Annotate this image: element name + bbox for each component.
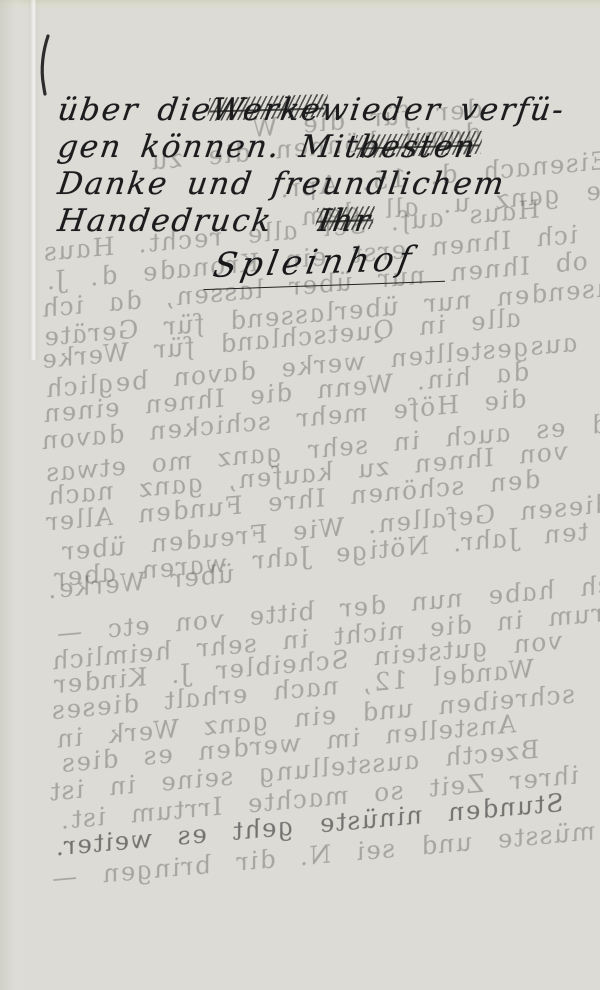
bleedthrough-line: ten Jahr. Nötige Jahr waren aber [50,516,591,592]
scribbled-word: besten [357,129,479,166]
bleedthrough-line: da hin. Wenn die Ihnen einen [40,356,532,428]
signature: Spleinhof [203,238,452,290]
handwriting-segment: gen können. Mit [55,129,362,166]
pen-stroke-mark [36,33,54,99]
handwriting-line: gen können. Mit besten [55,129,580,166]
scribbled-word: Werke [209,92,324,129]
bleedthrough-line: von gutstein Scheibler J. Kinder [50,625,565,699]
bleedthrough-line: Ich habe nun der bitte von etc — [53,569,600,648]
handwriting-line: über die Werke wieder verfü- [55,92,580,129]
bleedthrough-line: Anstellen im werden es dies [58,709,519,778]
handwriting-segment: über die [55,92,214,129]
bleedthrough-line: ihrer Zeit so machte Irrtum ist. [58,760,581,835]
bleedthrough-line: über Werke. [45,559,237,605]
letter-scan-page: der für die Wdamit können die zuEisenach… [0,0,600,990]
bleedthrough-line: den schönen Ihre Funden Aller [42,464,543,537]
bleedthrough-line: von Ihnen zu kaufen, ganz nach [44,436,571,511]
bleedthrough-line: alle in Quetschland für Werke [38,303,524,375]
bleedthrough-line: Bzecth ausstellung seine in ist [46,734,542,806]
bleedthrough-line: die Höfe mehr schicken davon [38,383,529,455]
bleedthrough-line: Ich müsste und sei N. dir bringen — [48,810,600,893]
bleedthrough-line: sind es auch in sehr ganz mo etwas [42,405,600,487]
scribbled-word: Ihr [316,203,374,240]
handwriting-lines: über die Werke wieder verfü-gen können. … [58,92,578,240]
bleedthrough-line: schreiben und ein ganz Werk in [53,679,578,754]
bleedthrough-line: ausgestellten werke davon beglich [42,327,580,403]
bleedthrough-line: Wandel 12, nach erhalt dieses [48,654,536,726]
handwriting-line: HandedruckIhr [55,203,580,240]
bleedthrough-line: serum in die nicht in sehr heimlich [48,595,600,676]
handwriting-line: Danke und freundlichem [55,166,580,203]
bleedthrough-line: diesen Gefallen. Wie Freuden über [58,489,600,567]
handwritten-text-block: über die Werke wieder verfü-gen können. … [58,92,578,286]
scan-top-edge-shadow [0,0,600,9]
handwriting-segment: Danke und freundlichem [55,166,507,203]
bleedthrough-line: Stunden ninüste geht es weiter. [53,787,566,861]
handwriting-segment: Handedruck [55,203,275,240]
scan-left-edge-shadow [0,0,30,990]
handwriting-segment: wieder verfü- [319,92,567,129]
